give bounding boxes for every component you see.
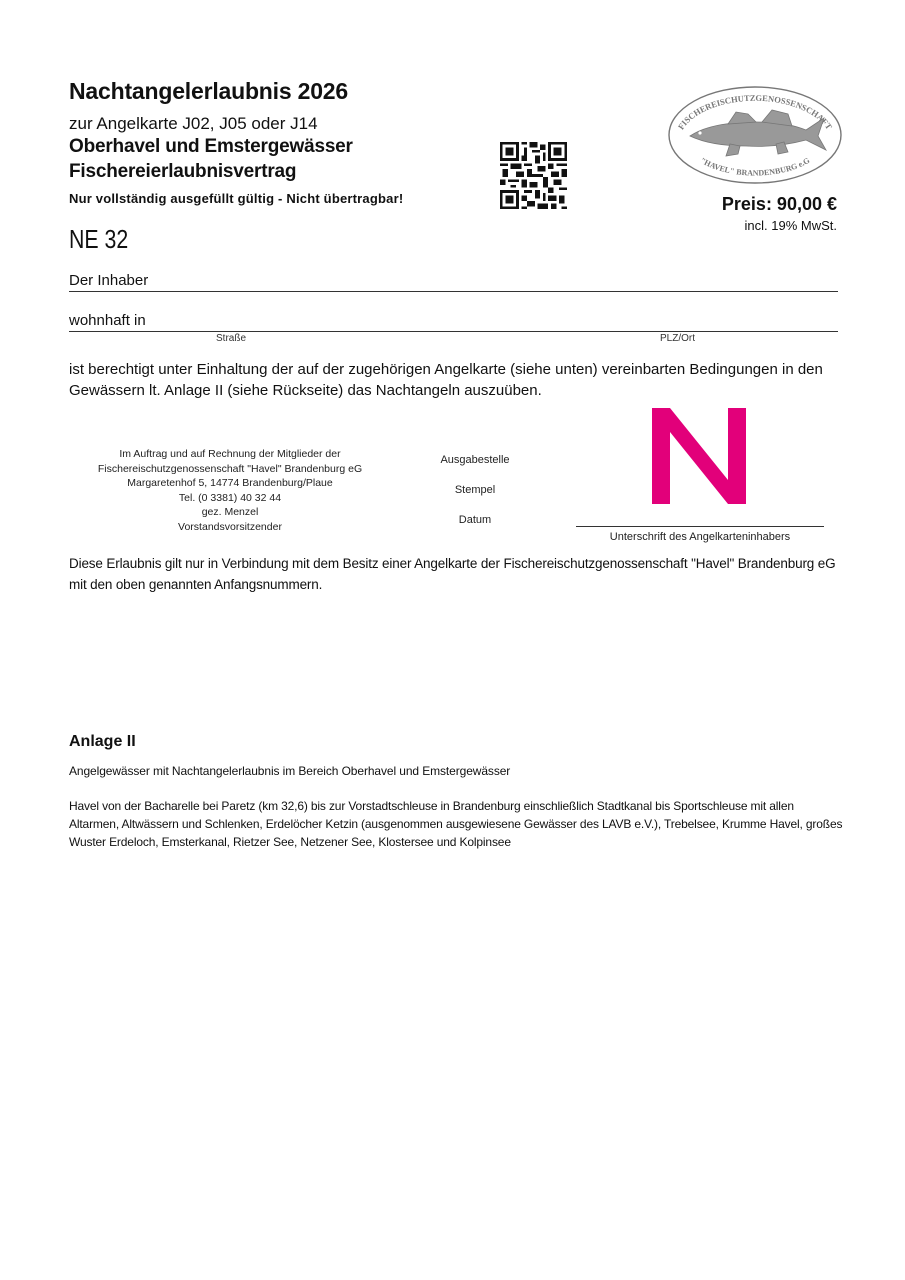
annex-waters: Havel von der Bacharelle bei Paretz (km … <box>69 797 844 851</box>
holder-label: Der Inhaber <box>69 272 148 289</box>
annex-subtitle: Angelgewässer mit Nachtangelerlaubnis im… <box>69 764 510 778</box>
night-mark-n <box>652 408 746 504</box>
price: Preis: 90,00 € <box>722 194 837 215</box>
issuer-line: gez. Menzel <box>70 505 390 520</box>
permission-text: ist berechtigt unter Einhaltung der auf … <box>69 359 839 401</box>
address-field[interactable]: wohnhaft in <box>69 311 838 332</box>
validity-text: Diese Erlaubnis gilt nur in Verbindung m… <box>69 553 839 595</box>
signature-label: Unterschrift des Angelkarteninhabers <box>576 531 824 543</box>
issuer-line: Fischereischutzgenossenschaft "Havel" Br… <box>70 462 390 477</box>
fish-stamp-logo: FISCHEREISCHUTZGENOSSENSCHAFT "HAVEL" BR… <box>666 84 844 186</box>
address-label: wohnhaft in <box>69 312 146 329</box>
permit-title: Nachtangelerlaubnis 2026 <box>69 78 348 105</box>
permit-subtitle: zur Angelkarte J02, J05 oder J14 <box>69 114 318 134</box>
contract-heading: Fischereierlaubnisvertrag <box>69 161 296 183</box>
annex-title: Anlage II <box>69 733 136 751</box>
issuer-line: Margaretenhof 5, 14774 Brandenburg/Plaue <box>70 476 390 491</box>
street-caption: Straße <box>216 333 246 344</box>
qr-code-icon <box>499 142 568 209</box>
validity-notice: Nur vollständig ausgefüllt gültig - Nich… <box>69 191 403 206</box>
holder-field[interactable]: Der Inhaber <box>69 271 838 292</box>
issuer-line: Tel. (0 3381) 40 32 44 <box>70 491 390 506</box>
region-heading: Oberhavel und Emstergewässer <box>69 136 353 158</box>
permit-number: NE 32 <box>69 224 128 255</box>
stamp-label: Stempel <box>420 484 530 514</box>
plz-caption: PLZ/Ort <box>660 333 695 344</box>
issuing-office-label: Ausgabestelle <box>420 454 530 484</box>
issuer-line: Vorstandsvorsitzender <box>70 520 390 535</box>
issuer-block: Im Auftrag und auf Rechnung der Mitglied… <box>70 447 390 534</box>
stamp-area: Ausgabestelle Stempel Datum <box>420 454 530 544</box>
vat-note: incl. 19% MwSt. <box>745 218 837 233</box>
signature-field[interactable] <box>576 516 824 527</box>
date-label: Datum <box>420 514 530 544</box>
issuer-line: Im Auftrag und auf Rechnung der Mitglied… <box>70 447 390 462</box>
svg-text:"HAVEL" BRANDENBURG e.G: "HAVEL" BRANDENBURG e.G <box>699 156 811 178</box>
